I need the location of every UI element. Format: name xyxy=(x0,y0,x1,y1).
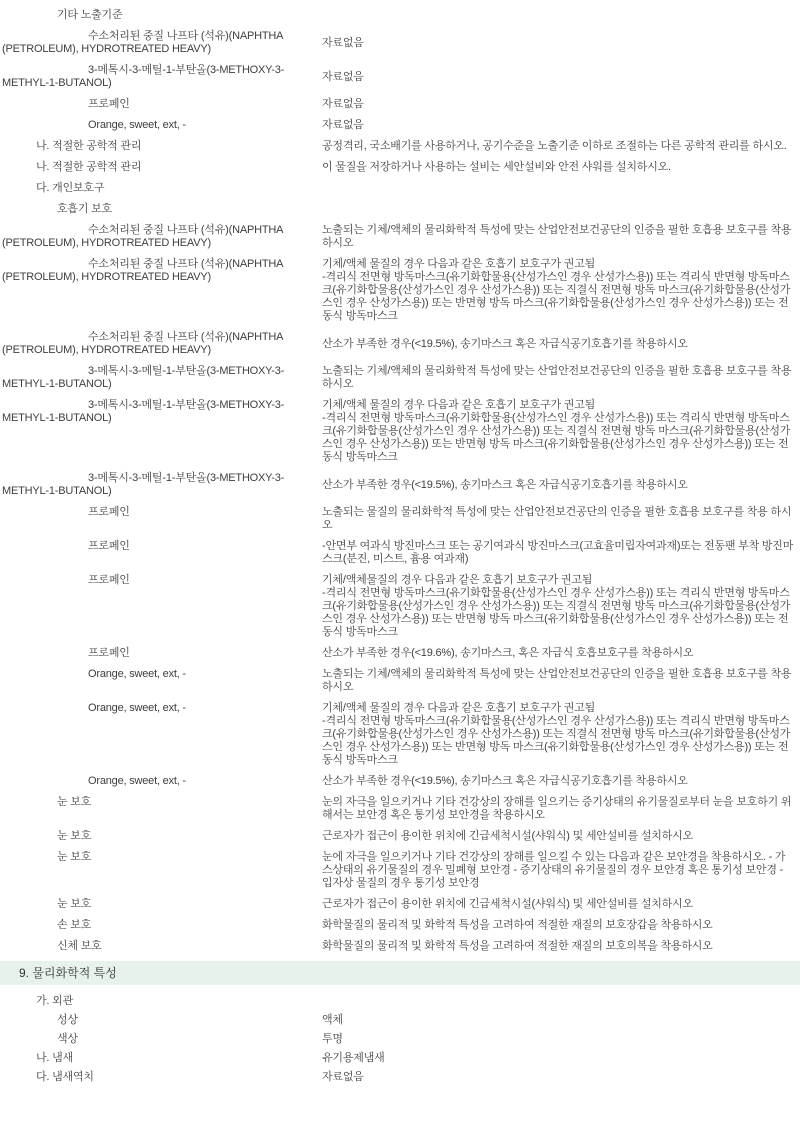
row-value: 화학물질의 물리적 및 화학적 특성을 고려하여 적절한 재질의 보호의복을 착… xyxy=(322,940,800,953)
row-value: 화학물질의 물리적 및 화학적 특성을 고려하여 적절한 재질의 보호장갑을 착… xyxy=(322,919,800,932)
row-label: 기타 노출기준 xyxy=(0,9,322,22)
data-row: 프로페인-안면부 여과식 방진마스크 또는 공기여과식 방진마스크(고효율미립자… xyxy=(0,540,800,566)
data-row: 신체 보호화학물질의 물리적 및 화학적 특성을 고려하여 적절한 재질의 보호… xyxy=(0,940,800,953)
row-label: Orange, sweet, ext, - xyxy=(0,775,322,788)
data-row: 프로페인자료없음 xyxy=(0,98,800,111)
row-label: 눈 보호 xyxy=(0,851,322,864)
data-row: 3-메톡시-3-메틸-1-부탄올(3-METHOXY-3- METHYL-1-B… xyxy=(0,472,800,498)
data-row: 눈 보호근로자가 접근이 용이한 위치에 긴급세척시설(샤워식) 및 세안설비를… xyxy=(0,830,800,843)
row-label: 3-메톡시-3-메틸-1-부탄올(3-METHOXY-3- METHYL-1-B… xyxy=(0,472,322,498)
row-value: -안면부 여과식 방진마스크 또는 공기여과식 방진마스크(고효율미립자여과재)… xyxy=(322,540,800,566)
row-label: 3-메톡시-3-메틸-1-부탄올(3-METHOXY-3- METHYL-1-B… xyxy=(0,365,322,391)
data-row: 3-메톡시-3-메틸-1-부탄올(3-METHOXY-3- METHYL-1-B… xyxy=(0,365,800,391)
data-row: 나. 냄새유기용제냄새 xyxy=(0,1052,800,1065)
data-row: 수소처리된 중질 나프타 (석유)(NAPHTHA (PETROLEUM), H… xyxy=(0,224,800,250)
row-value: 자료없음 xyxy=(322,37,800,50)
row-label: Orange, sweet, ext, - xyxy=(0,119,322,132)
row-value: 산소가 부족한 경우(<19.5%), 송기마스크 혹은 자급식공기호흡기를 착… xyxy=(322,479,800,492)
data-row: 호흡기 보호 xyxy=(0,203,800,216)
row-value: 노출되는 기체/액체의 물리화학적 특성에 맞는 산업안전보건공단의 인증을 필… xyxy=(322,365,800,391)
data-row: 다. 냄새역치자료없음 xyxy=(0,1071,800,1084)
row-label: 호흡기 보호 xyxy=(0,203,322,216)
row-label: 수소처리된 중질 나프타 (석유)(NAPHTHA (PETROLEUM), H… xyxy=(0,331,322,357)
row-label: 프로페인 xyxy=(0,540,322,553)
row-value: 액체 xyxy=(322,1014,800,1027)
row-label: 눈 보호 xyxy=(0,898,322,911)
row-label: 프로페인 xyxy=(0,98,322,111)
row-value: 노출되는 기체/액체의 물리화학적 특성에 맞는 산업안전보건공단의 인증을 필… xyxy=(322,668,800,694)
row-value: 자료없음 xyxy=(322,71,800,84)
data-row: 가. 외관 xyxy=(0,995,800,1008)
row-label: 나. 냄새 xyxy=(0,1052,322,1065)
data-row: 수소처리된 중질 나프타 (석유)(NAPHTHA (PETROLEUM), H… xyxy=(0,30,800,56)
row-value: 눈에 자극을 일으키거나 기타 건강상의 장해를 일으킬 수 있는 다음과 같은… xyxy=(322,851,800,890)
row-label: 가. 외관 xyxy=(0,995,322,1008)
row-label: 3-메톡시-3-메틸-1-부탄올(3-METHOXY-3- METHYL-1-B… xyxy=(0,399,322,425)
row-label: 손 보호 xyxy=(0,919,322,932)
data-row: 수소처리된 중질 나프타 (석유)(NAPHTHA (PETROLEUM), H… xyxy=(0,331,800,357)
section-9-header-banner: 9. 물리화학적 특성 xyxy=(0,961,800,985)
row-label: 색상 xyxy=(0,1033,322,1046)
row-value: 투명 xyxy=(322,1033,800,1046)
data-row: 눈 보호눈에 자극을 일으키거나 기타 건강상의 장해를 일으킬 수 있는 다음… xyxy=(0,851,800,890)
data-row: Orange, sweet, ext, -산소가 부족한 경우(<19.5%),… xyxy=(0,775,800,788)
section-8-ppe-rows: 기타 노출기준수소처리된 중질 나프타 (석유)(NAPHTHA (PETROL… xyxy=(0,9,800,953)
row-value: 이 물질을 저장하거나 사용하는 설비는 세안설비와 안전 샤워를 설치하시오. xyxy=(322,161,800,174)
data-row: 다. 개인보호구 xyxy=(0,182,800,195)
row-value: 유기용제냄새 xyxy=(322,1052,800,1065)
row-label: 프로페인 xyxy=(0,647,322,660)
row-label: 나. 적절한 공학적 관리 xyxy=(0,140,322,153)
data-row: 3-메톡시-3-메틸-1-부탄올(3-METHOXY-3- METHYL-1-B… xyxy=(0,64,800,90)
row-label: Orange, sweet, ext, - xyxy=(0,702,322,715)
row-value: 자료없음 xyxy=(322,98,800,111)
row-value: 노출되는 기체/액체의 물리화학적 특성에 맞는 산업안전보건공단의 인증을 필… xyxy=(322,224,800,250)
row-label: 다. 개인보호구 xyxy=(0,182,322,195)
row-label: 3-메톡시-3-메틸-1-부탄올(3-METHOXY-3- METHYL-1-B… xyxy=(0,64,322,90)
row-value: 기체/액체 물질의 경우 다음과 같은 호흡기 보호구가 권고됨 -격리식 전면… xyxy=(322,258,800,323)
row-label: 눈 보호 xyxy=(0,796,322,809)
section-9-physicochemical-rows: 가. 외관성상액체색상투명나. 냄새유기용제냄새다. 냄새역치자료없음 xyxy=(0,995,800,1084)
data-row: 3-메톡시-3-메틸-1-부탄올(3-METHOXY-3- METHYL-1-B… xyxy=(0,399,800,464)
row-value: 산소가 부족한 경우(<19.5%), 송기마스크 혹은 자급식공기호흡기를 착… xyxy=(322,775,800,788)
data-row: 수소처리된 중질 나프타 (석유)(NAPHTHA (PETROLEUM), H… xyxy=(0,258,800,323)
row-value: 산소가 부족한 경우(<19.6%), 송기마스크, 혹은 자급식 호흡보호구를… xyxy=(322,647,800,660)
row-label: 수소처리된 중질 나프타 (석유)(NAPHTHA (PETROLEUM), H… xyxy=(0,258,322,284)
row-label: 다. 냄새역치 xyxy=(0,1071,322,1084)
row-label: 프로페인 xyxy=(0,506,322,519)
data-row: 프로페인노출되는 물질의 물리화학적 특성에 맞는 산업안전보건공단의 인증을 … xyxy=(0,506,800,532)
data-row: 눈 보호근로자가 접근이 용이한 위치에 긴급세척시설(샤워식) 및 세안설비를… xyxy=(0,898,800,911)
data-row: Orange, sweet, ext, -기체/액체 물질의 경우 다음과 같은… xyxy=(0,702,800,767)
row-label: 성상 xyxy=(0,1014,322,1027)
row-value: 노출되는 물질의 물리화학적 특성에 맞는 산업안전보건공단의 인증을 필한 호… xyxy=(322,506,800,532)
data-row: 프로페인기체/액체물질의 경우 다음과 같은 호흡기 보호구가 권고됨 -격리식… xyxy=(0,574,800,639)
section-9-title: 9. 물리화학적 특성 xyxy=(19,967,117,980)
row-value: 근로자가 접근이 용이한 위치에 긴급세척시설(샤워식) 및 세안설비를 설치하… xyxy=(322,830,800,843)
row-label: 신체 보호 xyxy=(0,940,322,953)
data-row: 나. 적절한 공학적 관리이 물질을 저장하거나 사용하는 설비는 세안설비와 … xyxy=(0,161,800,174)
row-label: 프로페인 xyxy=(0,574,322,587)
row-label: 나. 적절한 공학적 관리 xyxy=(0,161,322,174)
data-row: 손 보호화학물질의 물리적 및 화학적 특성을 고려하여 적절한 재질의 보호장… xyxy=(0,919,800,932)
row-value: 기체/액체물질의 경우 다음과 같은 호흡기 보호구가 권고됨 -격리식 전면형… xyxy=(322,574,800,639)
row-value: 자료없음 xyxy=(322,1071,800,1084)
row-label: Orange, sweet, ext, - xyxy=(0,668,322,681)
row-value: 기체/액체 물질의 경우 다음과 같은 호흡기 보호구가 권고됨 -격리식 전면… xyxy=(322,702,800,767)
row-value: 자료없음 xyxy=(322,119,800,132)
data-row: Orange, sweet, ext, -자료없음 xyxy=(0,119,800,132)
row-label: 수소처리된 중질 나프타 (석유)(NAPHTHA (PETROLEUM), H… xyxy=(0,30,322,56)
msds-document: 기타 노출기준수소처리된 중질 나프타 (석유)(NAPHTHA (PETROL… xyxy=(0,0,800,1084)
row-label: 수소처리된 중질 나프타 (석유)(NAPHTHA (PETROLEUM), H… xyxy=(0,224,322,250)
row-value: 산소가 부족한 경우(<19.5%), 송기마스크 혹은 자급식공기호흡기를 착… xyxy=(322,338,800,351)
data-row: Orange, sweet, ext, -노출되는 기체/액체의 물리화학적 특… xyxy=(0,668,800,694)
data-row: 나. 적절한 공학적 관리공정격리, 국소배기를 사용하거나, 공기수준을 노출… xyxy=(0,140,800,153)
data-row: 눈 보호눈의 자극을 일으키거나 기타 건강상의 장해를 일으키는 증기상태의 … xyxy=(0,796,800,822)
data-row: 성상액체 xyxy=(0,1014,800,1027)
data-row: 기타 노출기준 xyxy=(0,9,800,22)
row-value: 눈의 자극을 일으키거나 기타 건강상의 장해를 일으키는 증기상태의 유기물질… xyxy=(322,796,800,822)
data-row: 프로페인산소가 부족한 경우(<19.6%), 송기마스크, 혹은 자급식 호흡… xyxy=(0,647,800,660)
row-value: 공정격리, 국소배기를 사용하거나, 공기수준을 노출기준 이하로 조절하는 다… xyxy=(322,140,800,153)
row-value: 기체/액체 물질의 경우 다음과 같은 호흡기 보호구가 권고됨 -격리식 전면… xyxy=(322,399,800,464)
row-label: 눈 보호 xyxy=(0,830,322,843)
row-value: 근로자가 접근이 용이한 위치에 긴급세척시설(샤워식) 및 세안설비를 설치하… xyxy=(322,898,800,911)
data-row: 색상투명 xyxy=(0,1033,800,1046)
